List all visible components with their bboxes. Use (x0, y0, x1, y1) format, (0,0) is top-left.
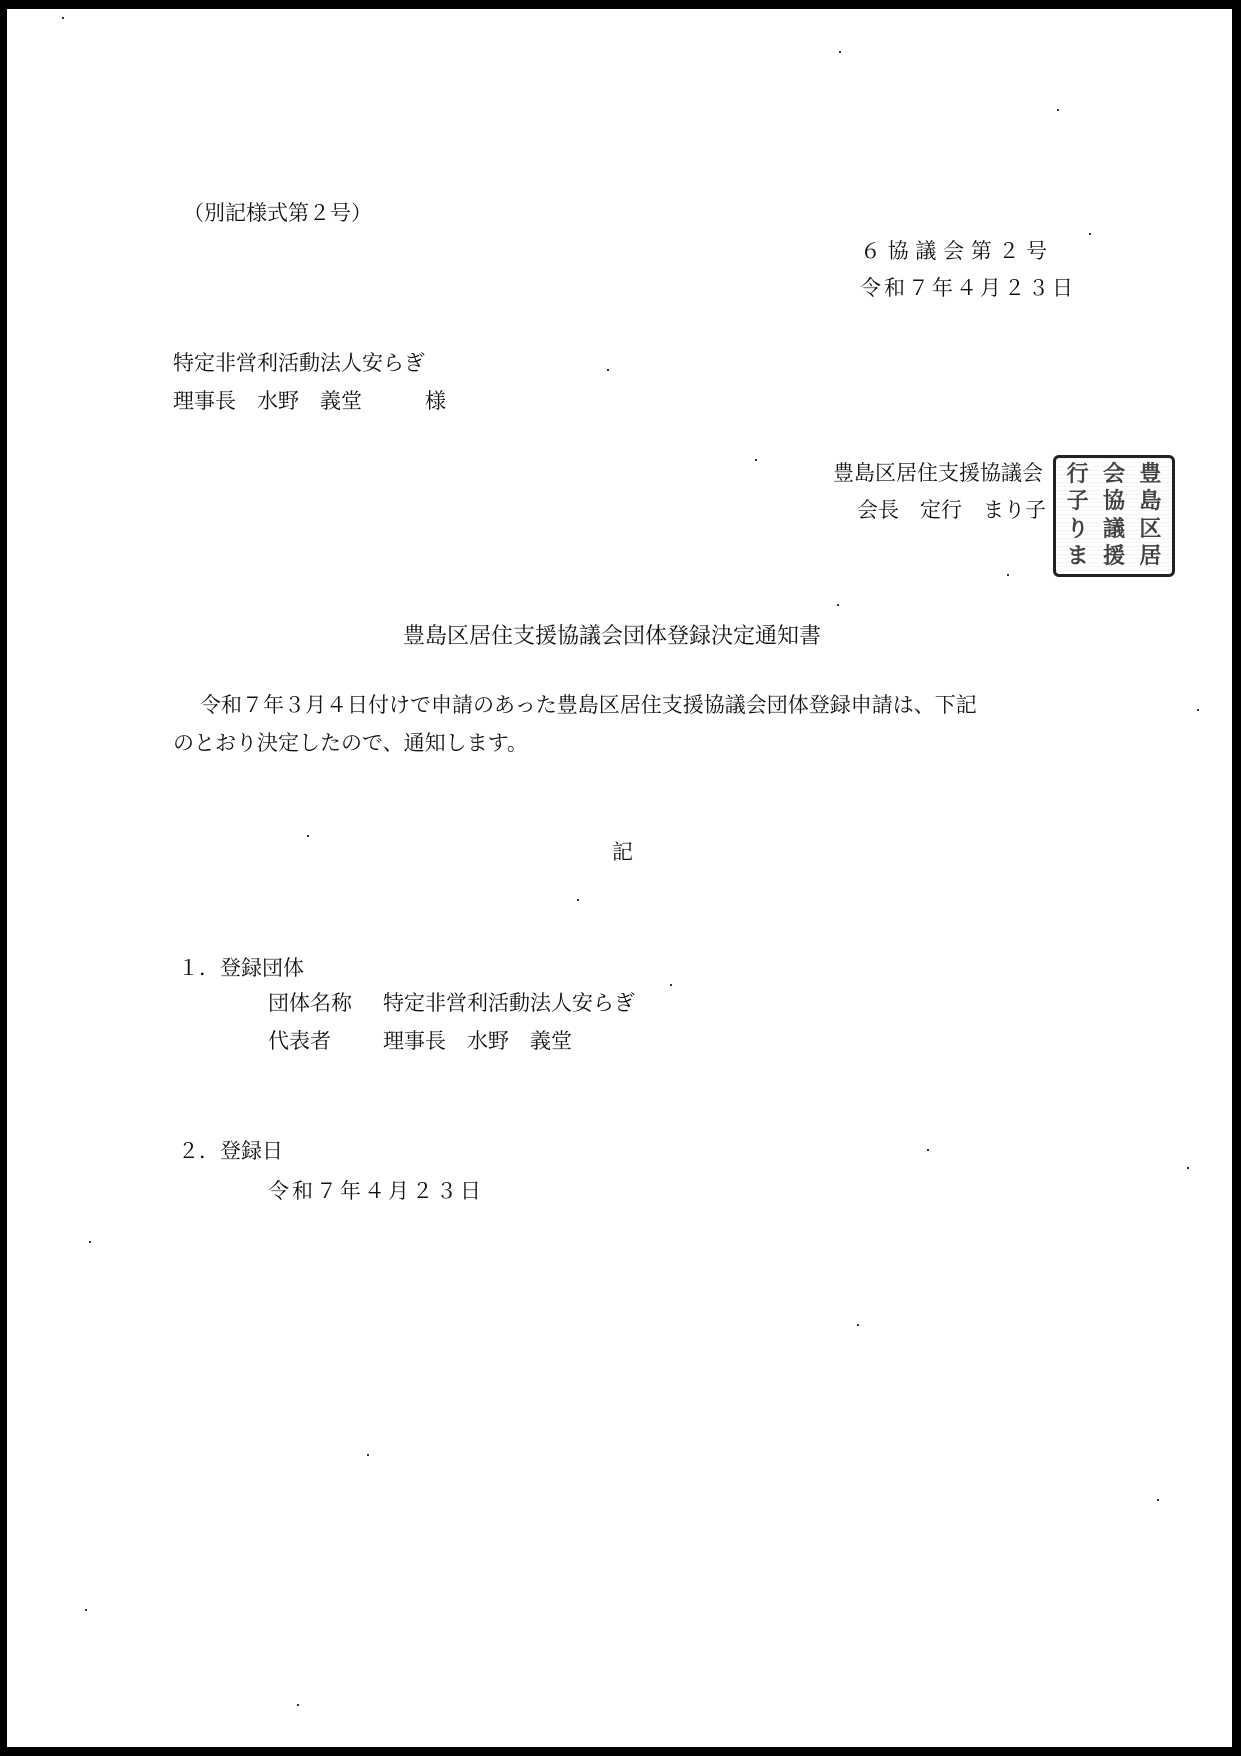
ki-heading: 記 (612, 839, 633, 865)
item-2-value: 令和７年４月２３日 (268, 1178, 484, 1204)
item-1-label-name: 団体名称 (268, 990, 352, 1016)
item-1-value-name: 特定非営利活動法人安らぎ (383, 990, 635, 1016)
seal-glyph: り (1060, 517, 1095, 543)
seal-glyph: 行 (1060, 462, 1095, 488)
official-seal: 行 会 豊 子 協 島 り 議 区 ま 援 居 (1053, 455, 1175, 577)
scan-speck (1089, 233, 1091, 235)
scan-speck (577, 899, 579, 901)
seal-glyph: 会 (1096, 462, 1131, 488)
sender-chair: 会長 定行 まり子 (857, 497, 1046, 523)
scan-speck (1197, 709, 1199, 711)
seal-glyph: 区 (1133, 517, 1168, 543)
document-number: ６ 協 議 会 第 ２ 号 (860, 238, 1047, 264)
scan-speck (927, 1149, 929, 1151)
sender-organization: 豊島区居住支援協議会 (833, 460, 1043, 486)
scan-speck (837, 604, 839, 606)
scan-speck (85, 1609, 87, 1611)
seal-glyph: 豊 (1133, 462, 1168, 488)
body-line-2: のとおり決定したので、通知します。 (173, 730, 528, 756)
scan-speck (307, 835, 309, 837)
seal-glyph: 議 (1096, 517, 1131, 543)
seal-glyph: 島 (1133, 489, 1168, 515)
issue-date: 令和７年４月２３日 (860, 275, 1076, 301)
body-line-1: 令和７年３月４日付けで申請のあった豊島区居住支援協議会団体登録申請は、下記 (200, 692, 977, 718)
scan-speck (755, 459, 757, 461)
document-title: 豊島区居住支援協議会団体登録決定通知書 (403, 624, 821, 650)
scan-speck (297, 1704, 299, 1706)
scan-speck (1187, 1167, 1189, 1169)
scan-speck (670, 984, 672, 986)
item-2-heading: ２．登録日 (178, 1138, 283, 1164)
item-1-label-representative: 代表者 (268, 1028, 331, 1054)
seal-glyph: 居 (1133, 544, 1168, 570)
addressee-representative: 理事長 水野 義堂 様 (173, 388, 446, 414)
scan-speck (62, 17, 64, 19)
scan-speck (89, 1241, 91, 1243)
document-page: （別記様式第２号） ６ 協 議 会 第 ２ 号 令和７年４月２３日 特定非営利活… (7, 9, 1232, 1747)
scan-speck (607, 369, 609, 371)
scan-speck (1007, 574, 1009, 576)
item-1-value-representative: 理事長 水野 義堂 (383, 1028, 572, 1054)
scan-speck (857, 1324, 859, 1326)
scan-speck (1157, 1499, 1159, 1501)
scan-speck (1057, 109, 1059, 111)
seal-glyph: 援 (1096, 544, 1131, 570)
addressee-organization: 特定非営利活動法人安らぎ (173, 350, 425, 376)
form-label: （別記様式第２号） (183, 200, 372, 226)
scan-speck (839, 51, 841, 53)
seal-glyph: 子 (1060, 489, 1095, 515)
seal-glyph: 協 (1096, 489, 1131, 515)
seal-glyph: ま (1060, 544, 1095, 570)
scan-speck (367, 1454, 369, 1456)
item-1-heading: １．登録団体 (178, 955, 304, 981)
